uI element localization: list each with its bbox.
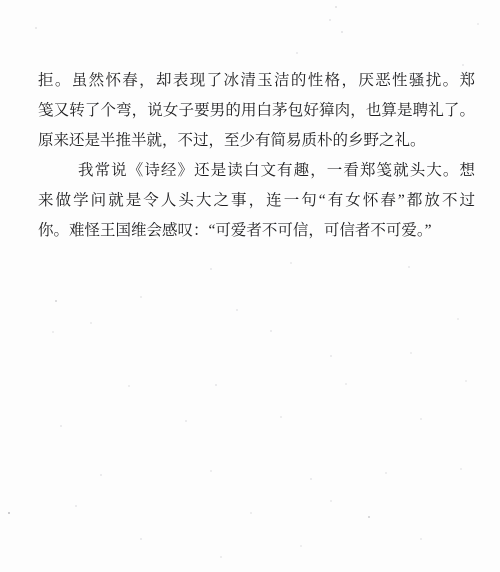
text-line-1: 拒。虽然怀春，却表现了冰清玉洁的性格，厌恶性骚扰。郑: [38, 66, 475, 96]
text-line-2: 笺又转了个弯，说女子要男的用白茅包好獐肉，也算是聘礼了。: [38, 96, 475, 126]
text-block: 拒。虽然怀春，却表现了冰清玉洁的性格，厌恶性骚扰。郑 笺又转了个弯，说女子要男的…: [38, 66, 475, 246]
text-line-4: 我常说《诗经》还是读白文有趣，一看郑笺就头大。想: [38, 156, 475, 186]
text-line-3: 原来还是半推半就，不过，至少有简易质朴的乡野之礼。: [38, 126, 475, 156]
scanned-book-page: 拒。虽然怀春，却表现了冰清玉洁的性格，厌恶性骚扰。郑 笺又转了个弯，说女子要男的…: [0, 0, 500, 572]
text-line-5: 来做学问就是令人头大之事，连一句“有女怀春”都放不过: [38, 186, 475, 216]
scan-noise-specks: [0, 0, 2, 2]
text-line-6: 你。难怪王国维会感叹：“可爱者不可信，可信者不可爱。”: [38, 216, 475, 246]
